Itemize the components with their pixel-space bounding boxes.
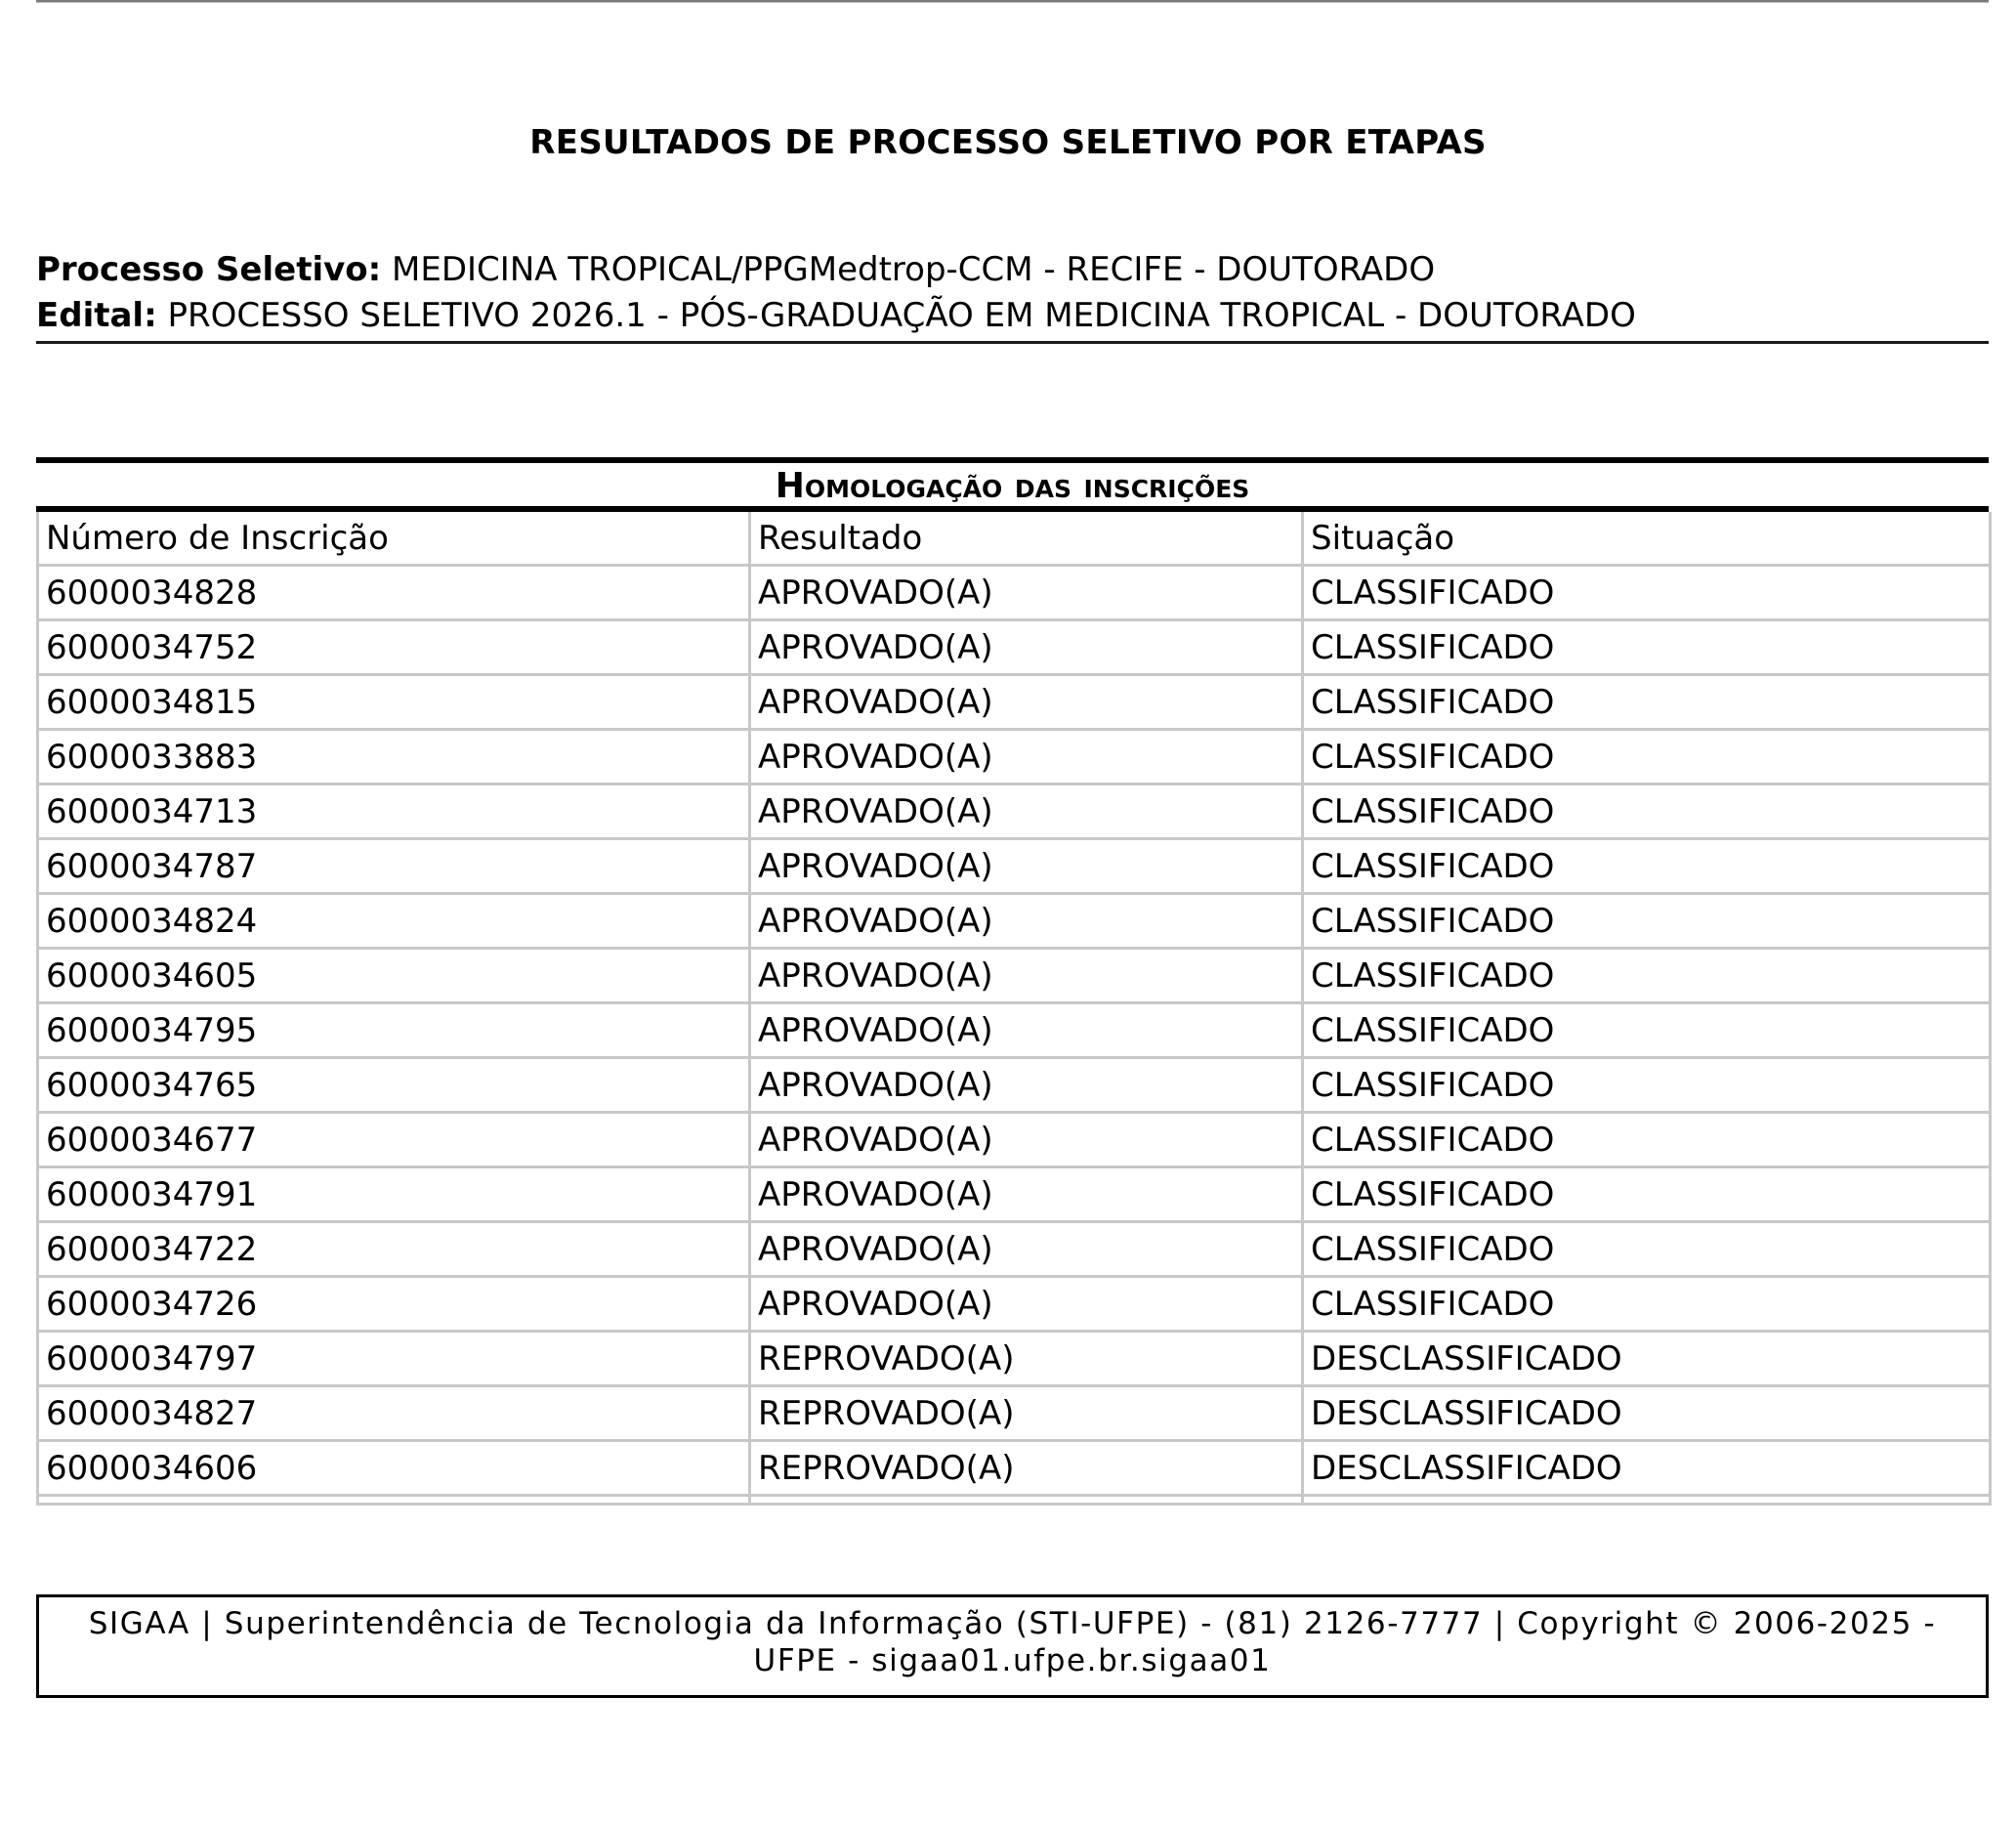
cell-resultado: APROVADO(A) <box>750 675 1303 730</box>
table-row: 6000034677APROVADO(A)CLASSIFICADO <box>38 1113 1991 1167</box>
table-caption: Homologação das inscrições <box>36 457 1989 512</box>
process-info: Processo Seletivo: MEDICINA TROPICAL/PPG… <box>36 247 1989 344</box>
footer-line-2: UFPE - sigaa01.ufpe.br.sigaa01 <box>39 1642 1986 1679</box>
cell-inscricao: 6000034713 <box>38 785 750 839</box>
cell-situacao: CLASSIFICADO <box>1303 1167 1991 1222</box>
cell-resultado: APROVADO(A) <box>750 1058 1303 1113</box>
edital-label: Edital: <box>36 296 157 335</box>
cell-inscricao: 6000034605 <box>38 949 750 1003</box>
footer-line-1: SIGAA | Superintendência de Tecnologia d… <box>39 1605 1986 1642</box>
processo-seletivo-line: Processo Seletivo: MEDICINA TROPICAL/PPG… <box>36 247 1989 293</box>
table-header-row: Número de Inscrição Resultado Situação <box>38 512 1991 566</box>
cell-situacao: CLASSIFICADO <box>1303 1113 1991 1167</box>
cell-resultado: REPROVADO(A) <box>750 1386 1303 1441</box>
cell-resultado: APROVADO(A) <box>750 1113 1303 1167</box>
cell-resultado: APROVADO(A) <box>750 620 1303 675</box>
results-table-body: 6000034828APROVADO(A)CLASSIFICADO6000034… <box>38 566 1991 1505</box>
empty-cell <box>38 1496 750 1505</box>
cell-inscricao: 6000033883 <box>38 730 750 785</box>
cell-situacao: CLASSIFICADO <box>1303 730 1991 785</box>
cell-resultado: REPROVADO(A) <box>750 1332 1303 1386</box>
header-box-bottom-border <box>36 0 1989 2</box>
footer: SIGAA | Superintendência de Tecnologia d… <box>36 1594 1989 1698</box>
cell-situacao: DESCLASSIFICADO <box>1303 1386 1991 1441</box>
cell-inscricao: 6000034797 <box>38 1332 750 1386</box>
cell-resultado: APROVADO(A) <box>750 1167 1303 1222</box>
table-row: 6000034828APROVADO(A)CLASSIFICADO <box>38 566 1991 620</box>
cell-resultado: APROVADO(A) <box>750 894 1303 949</box>
cell-situacao: CLASSIFICADO <box>1303 949 1991 1003</box>
cell-resultado: APROVADO(A) <box>750 566 1303 620</box>
edital-value: PROCESSO SELETIVO 2026.1 - PÓS-GRADUAÇÃO… <box>167 296 1635 335</box>
cell-situacao: CLASSIFICADO <box>1303 839 1991 894</box>
cell-resultado: APROVADO(A) <box>750 785 1303 839</box>
table-row: 6000034713APROVADO(A)CLASSIFICADO <box>38 785 1991 839</box>
cell-resultado: APROVADO(A) <box>750 1277 1303 1332</box>
cell-inscricao: 6000034795 <box>38 1003 750 1058</box>
cell-resultado: APROVADO(A) <box>750 949 1303 1003</box>
cell-situacao: CLASSIFICADO <box>1303 1003 1991 1058</box>
cell-inscricao: 6000034722 <box>38 1222 750 1277</box>
edital-line: Edital: PROCESSO SELETIVO 2026.1 - PÓS-G… <box>36 293 1989 339</box>
table-row: 6000034722APROVADO(A)CLASSIFICADO <box>38 1222 1991 1277</box>
table-row: 6000034815APROVADO(A)CLASSIFICADO <box>38 675 1991 730</box>
cell-resultado: APROVADO(A) <box>750 839 1303 894</box>
cell-inscricao: 6000034824 <box>38 894 750 949</box>
empty-cell <box>750 1496 1303 1505</box>
cell-inscricao: 6000034787 <box>38 839 750 894</box>
cell-situacao: CLASSIFICADO <box>1303 675 1991 730</box>
cell-inscricao: 6000034828 <box>38 566 750 620</box>
table-empty-row <box>38 1496 1991 1505</box>
table-row: 6000034726APROVADO(A)CLASSIFICADO <box>38 1277 1991 1332</box>
cell-situacao: DESCLASSIFICADO <box>1303 1332 1991 1386</box>
cell-situacao: CLASSIFICADO <box>1303 1277 1991 1332</box>
cell-inscricao: 6000034726 <box>38 1277 750 1332</box>
cell-situacao: CLASSIFICADO <box>1303 894 1991 949</box>
table-row: 6000034795APROVADO(A)CLASSIFICADO <box>38 1003 1991 1058</box>
column-header-resultado: Resultado <box>750 512 1303 566</box>
results-table: Número de Inscrição Resultado Situação 6… <box>36 512 1992 1506</box>
cell-inscricao: 6000034677 <box>38 1113 750 1167</box>
table-row: 6000034787APROVADO(A)CLASSIFICADO <box>38 839 1991 894</box>
table-row: 6000034824APROVADO(A)CLASSIFICADO <box>38 894 1991 949</box>
table-row: 6000034797REPROVADO(A)DESCLASSIFICADO <box>38 1332 1991 1386</box>
cell-inscricao: 6000034765 <box>38 1058 750 1113</box>
table-row: 6000034605APROVADO(A)CLASSIFICADO <box>38 949 1991 1003</box>
table-row: 6000034791APROVADO(A)CLASSIFICADO <box>38 1167 1991 1222</box>
cell-inscricao: 6000034752 <box>38 620 750 675</box>
cell-resultado: REPROVADO(A) <box>750 1441 1303 1496</box>
table-row: 6000034606REPROVADO(A)DESCLASSIFICADO <box>38 1441 1991 1496</box>
page-title: RESULTADOS DE PROCESSO SELETIVO POR ETAP… <box>0 123 2016 162</box>
column-header-situacao: Situação <box>1303 512 1991 566</box>
cell-inscricao: 6000034815 <box>38 675 750 730</box>
cell-situacao: CLASSIFICADO <box>1303 785 1991 839</box>
table-row: 6000033883APROVADO(A)CLASSIFICADO <box>38 730 1991 785</box>
column-header-inscricao: Número de Inscrição <box>38 512 750 566</box>
processo-seletivo-value: MEDICINA TROPICAL/PPGMedtrop-CCM - RECIF… <box>392 250 1435 289</box>
cell-situacao: CLASSIFICADO <box>1303 1222 1991 1277</box>
cell-situacao: CLASSIFICADO <box>1303 1058 1991 1113</box>
processo-seletivo-label: Processo Seletivo: <box>36 250 381 289</box>
cell-resultado: APROVADO(A) <box>750 1003 1303 1058</box>
results-section: Homologação das inscrições Número de Ins… <box>36 457 1989 1506</box>
cell-situacao: DESCLASSIFICADO <box>1303 1441 1991 1496</box>
table-row: 6000034752APROVADO(A)CLASSIFICADO <box>38 620 1991 675</box>
cell-inscricao: 6000034606 <box>38 1441 750 1496</box>
table-row: 6000034765APROVADO(A)CLASSIFICADO <box>38 1058 1991 1113</box>
cell-inscricao: 6000034791 <box>38 1167 750 1222</box>
cell-situacao: CLASSIFICADO <box>1303 566 1991 620</box>
cell-resultado: APROVADO(A) <box>750 1222 1303 1277</box>
cell-resultado: APROVADO(A) <box>750 730 1303 785</box>
empty-cell <box>1303 1496 1991 1505</box>
table-row: 6000034827REPROVADO(A)DESCLASSIFICADO <box>38 1386 1991 1441</box>
cell-situacao: CLASSIFICADO <box>1303 620 1991 675</box>
cell-inscricao: 6000034827 <box>38 1386 750 1441</box>
